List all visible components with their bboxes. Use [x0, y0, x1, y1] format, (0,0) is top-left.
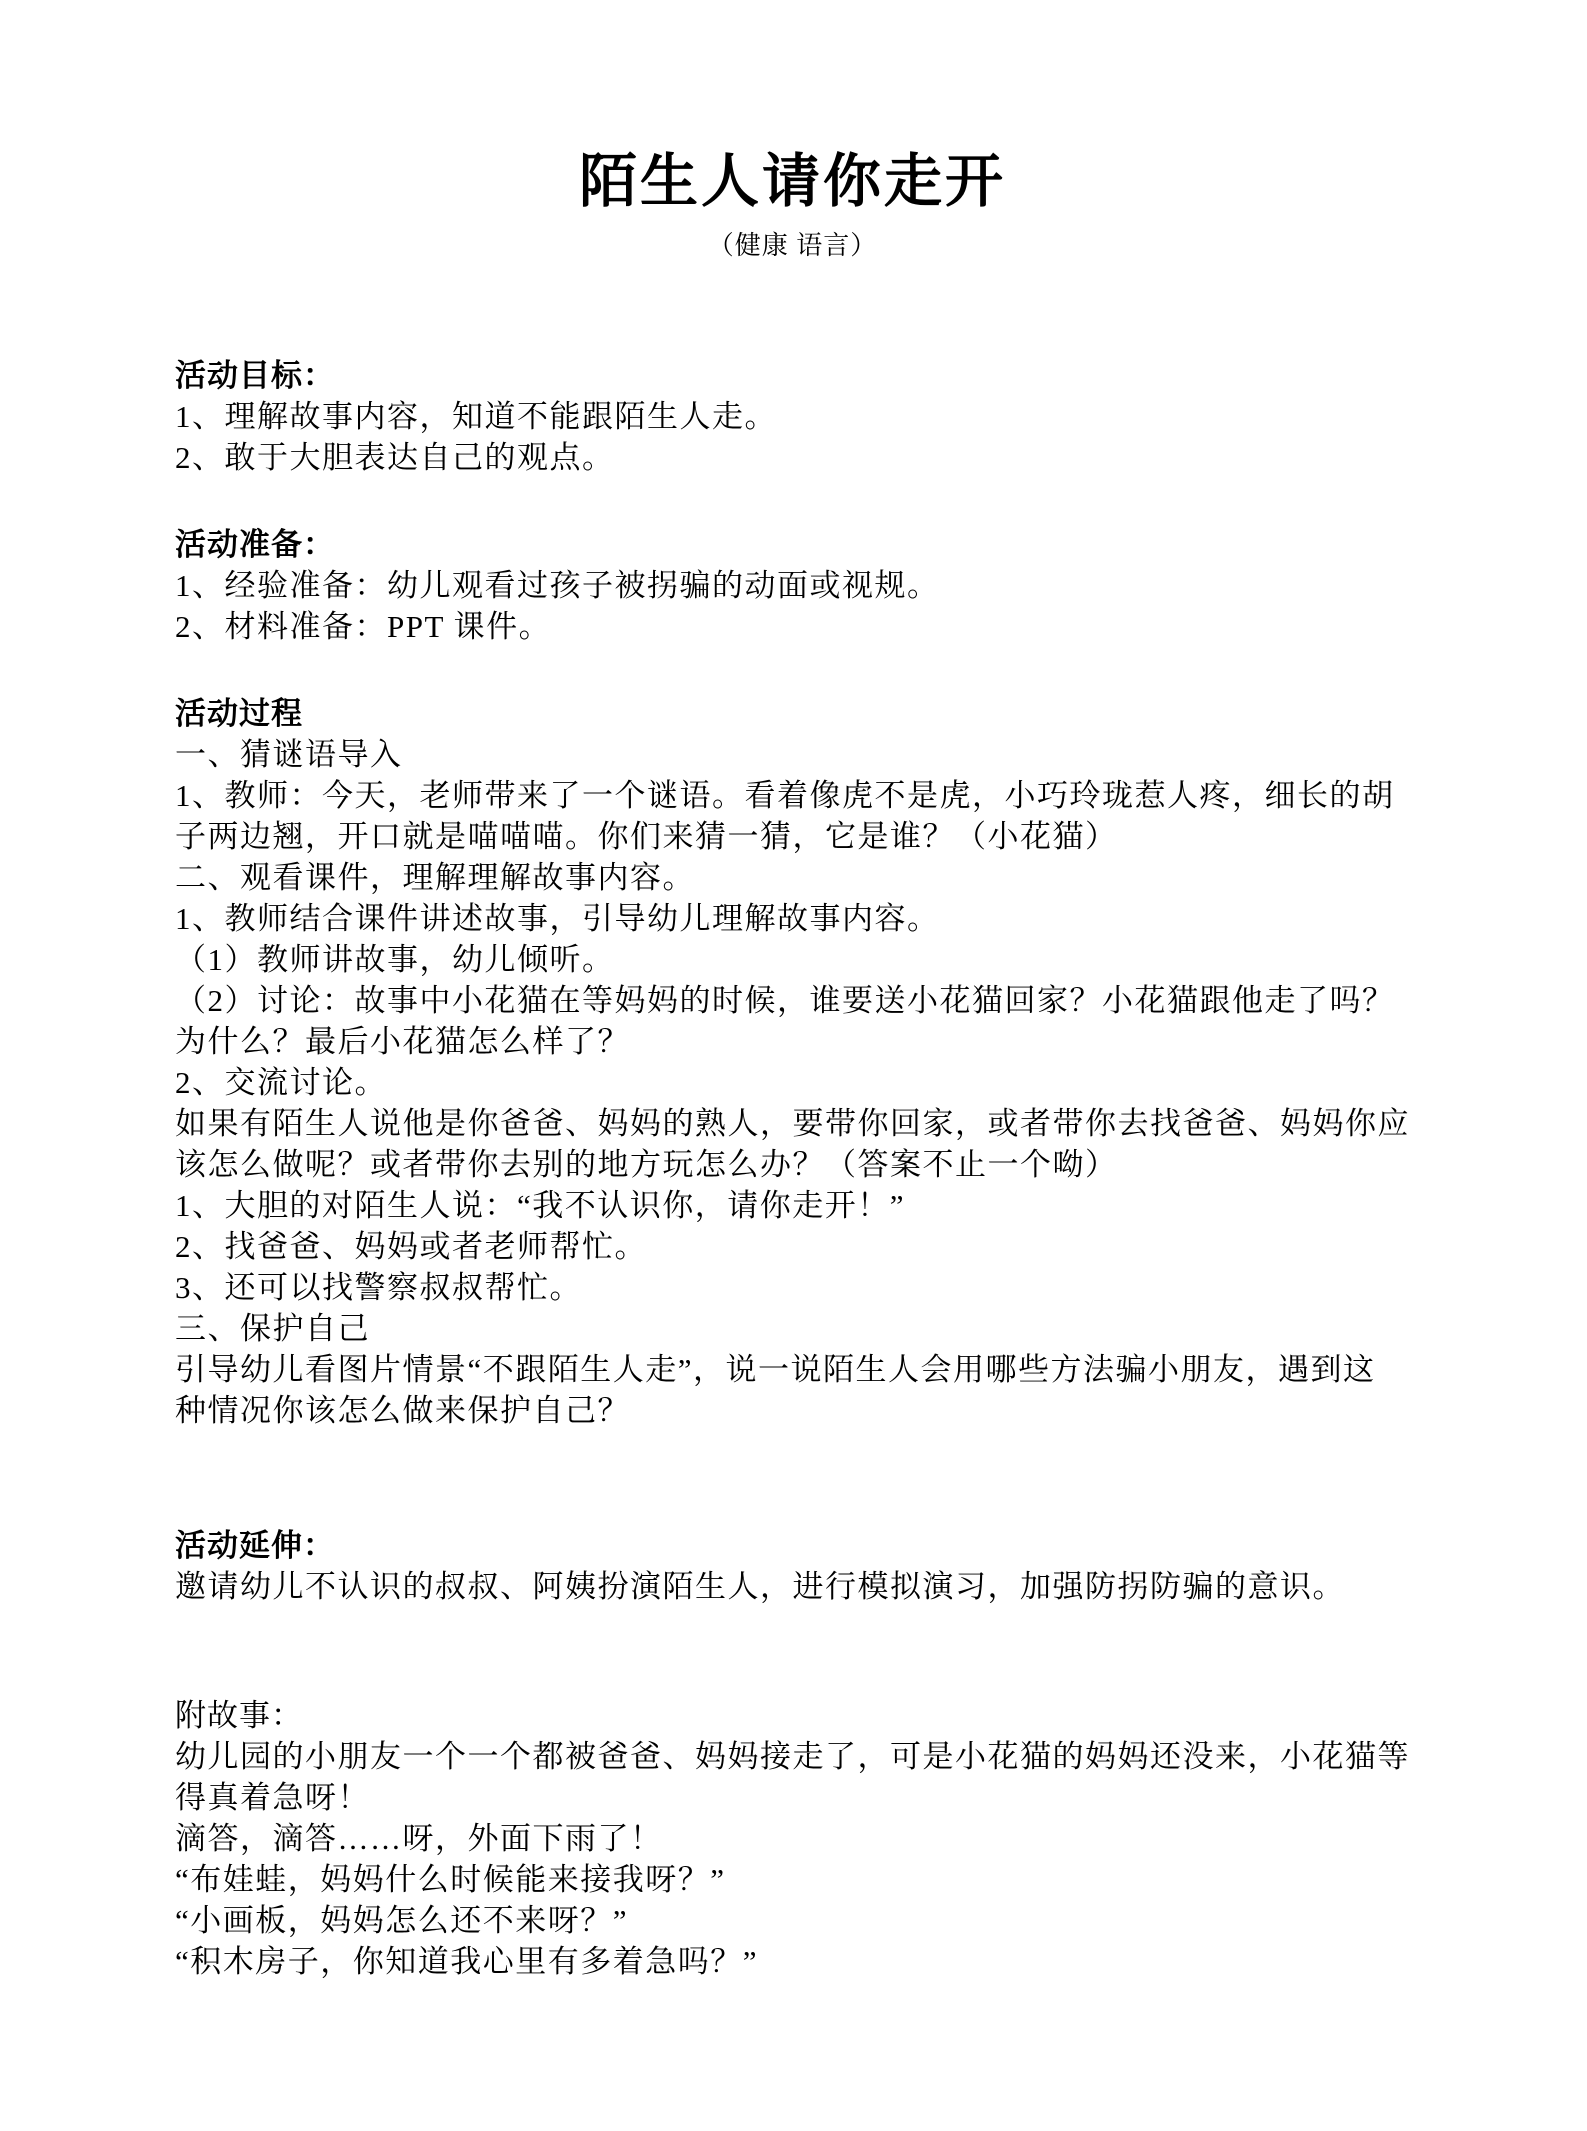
- text-line: 1、大胆的对陌生人说：“我不认识你，请你走开！”: [175, 1185, 1410, 1226]
- document-title: 陌生人请你走开: [175, 150, 1410, 214]
- section-goals: 活动目标：1、理解故事内容，知道不能跟陌生人走。2、敢于大胆表达自己的观点。: [175, 355, 1410, 478]
- text-line: 引导幼儿看图片情景“不跟陌生人走”，说一说陌生人会用哪些方法骗小朋友，遇到这: [175, 1349, 1410, 1390]
- text-line: 种情况你该怎么做来保护自己？: [175, 1390, 1410, 1431]
- text-line: “布娃蛙，妈妈什么时候能来接我呀？”: [175, 1859, 1410, 1900]
- document-body: 活动目标：1、理解故事内容，知道不能跟陌生人走。2、敢于大胆表达自己的观点。活动…: [175, 355, 1410, 1982]
- section-heading: 活动准备：: [175, 524, 1410, 565]
- text-line: 2、敢于大胆表达自己的观点。: [175, 437, 1410, 478]
- section-heading: 活动过程: [175, 693, 1410, 734]
- text-line: “积木房子，你知道我心里有多着急吗？”: [175, 1941, 1410, 1982]
- text-line: 子两边翘，开口就是喵喵喵。你们来猜一猜，它是谁？（小花猫）: [175, 816, 1410, 857]
- text-line: 邀请幼儿不认识的叔叔、阿姨扮演陌生人，进行模拟演习，加强防拐防骗的意识。: [175, 1566, 1410, 1607]
- text-line: 1、教师结合课件讲述故事，引导幼儿理解故事内容。: [175, 898, 1410, 939]
- text-line: 1、经验准备：幼儿观看过孩子被拐骗的动面或视规。: [175, 565, 1410, 606]
- document-subtitle: （健康 语言）: [175, 230, 1410, 261]
- text-line: 滴答，滴答……呀，外面下雨了！: [175, 1818, 1410, 1859]
- text-line: 2、找爸爸、妈妈或者老师帮忙。: [175, 1226, 1410, 1267]
- text-line: 一、猜谜语导入: [175, 734, 1410, 775]
- text-line: 1、理解故事内容，知道不能跟陌生人走。: [175, 396, 1410, 437]
- document-page: 陌生人请你走开 （健康 语言） 活动目标：1、理解故事内容，知道不能跟陌生人走。…: [0, 0, 1587, 2131]
- text-line: （1）教师讲故事，幼儿倾听。: [175, 939, 1410, 980]
- text-line: “小画板，妈妈怎么还不来呀？”: [175, 1900, 1410, 1941]
- section-story: 附故事：幼儿园的小朋友一个一个都被爸爸、妈妈接走了，可是小花猫的妈妈还没来，小花…: [175, 1695, 1410, 1982]
- section-preparation: 活动准备：1、经验准备：幼儿观看过孩子被拐骗的动面或视规。2、材料准备：PPT …: [175, 524, 1410, 647]
- section-heading: 活动延伸：: [175, 1525, 1410, 1566]
- text-line: （2）讨论：故事中小花猫在等妈妈的时候，谁要送小花猫回家？小花猫跟他走了吗？: [175, 980, 1410, 1021]
- section-heading: 附故事：: [175, 1695, 1410, 1736]
- section-extension: 活动延伸：邀请幼儿不认识的叔叔、阿姨扮演陌生人，进行模拟演习，加强防拐防骗的意识…: [175, 1525, 1410, 1607]
- text-line: 得真着急呀！: [175, 1777, 1410, 1818]
- text-line: 如果有陌生人说他是你爸爸、妈妈的熟人，要带你回家，或者带你去找爸爸、妈妈你应: [175, 1103, 1410, 1144]
- text-line: 为什么？最后小花猫怎么样了？: [175, 1021, 1410, 1062]
- text-line: 2、交流讨论。: [175, 1062, 1410, 1103]
- section-heading: 活动目标：: [175, 355, 1410, 396]
- text-line: 二、观看课件，理解理解故事内容。: [175, 857, 1410, 898]
- text-line: 3、还可以找警察叔叔帮忙。: [175, 1267, 1410, 1308]
- text-line: 2、材料准备：PPT 课件。: [175, 606, 1410, 647]
- text-line: 1、教师：今天，老师带来了一个谜语。看着像虎不是虎，小巧玲珑惹人疼，细长的胡: [175, 775, 1410, 816]
- section-process: 活动过程一、猜谜语导入1、教师：今天，老师带来了一个谜语。看着像虎不是虎，小巧玲…: [175, 693, 1410, 1431]
- text-line: 该怎么做呢？或者带你去别的地方玩怎么办？（答案不止一个呦）: [175, 1144, 1410, 1185]
- text-line: 幼儿园的小朋友一个一个都被爸爸、妈妈接走了，可是小花猫的妈妈还没来，小花猫等: [175, 1736, 1410, 1777]
- text-line: 三、保护自己: [175, 1308, 1410, 1349]
